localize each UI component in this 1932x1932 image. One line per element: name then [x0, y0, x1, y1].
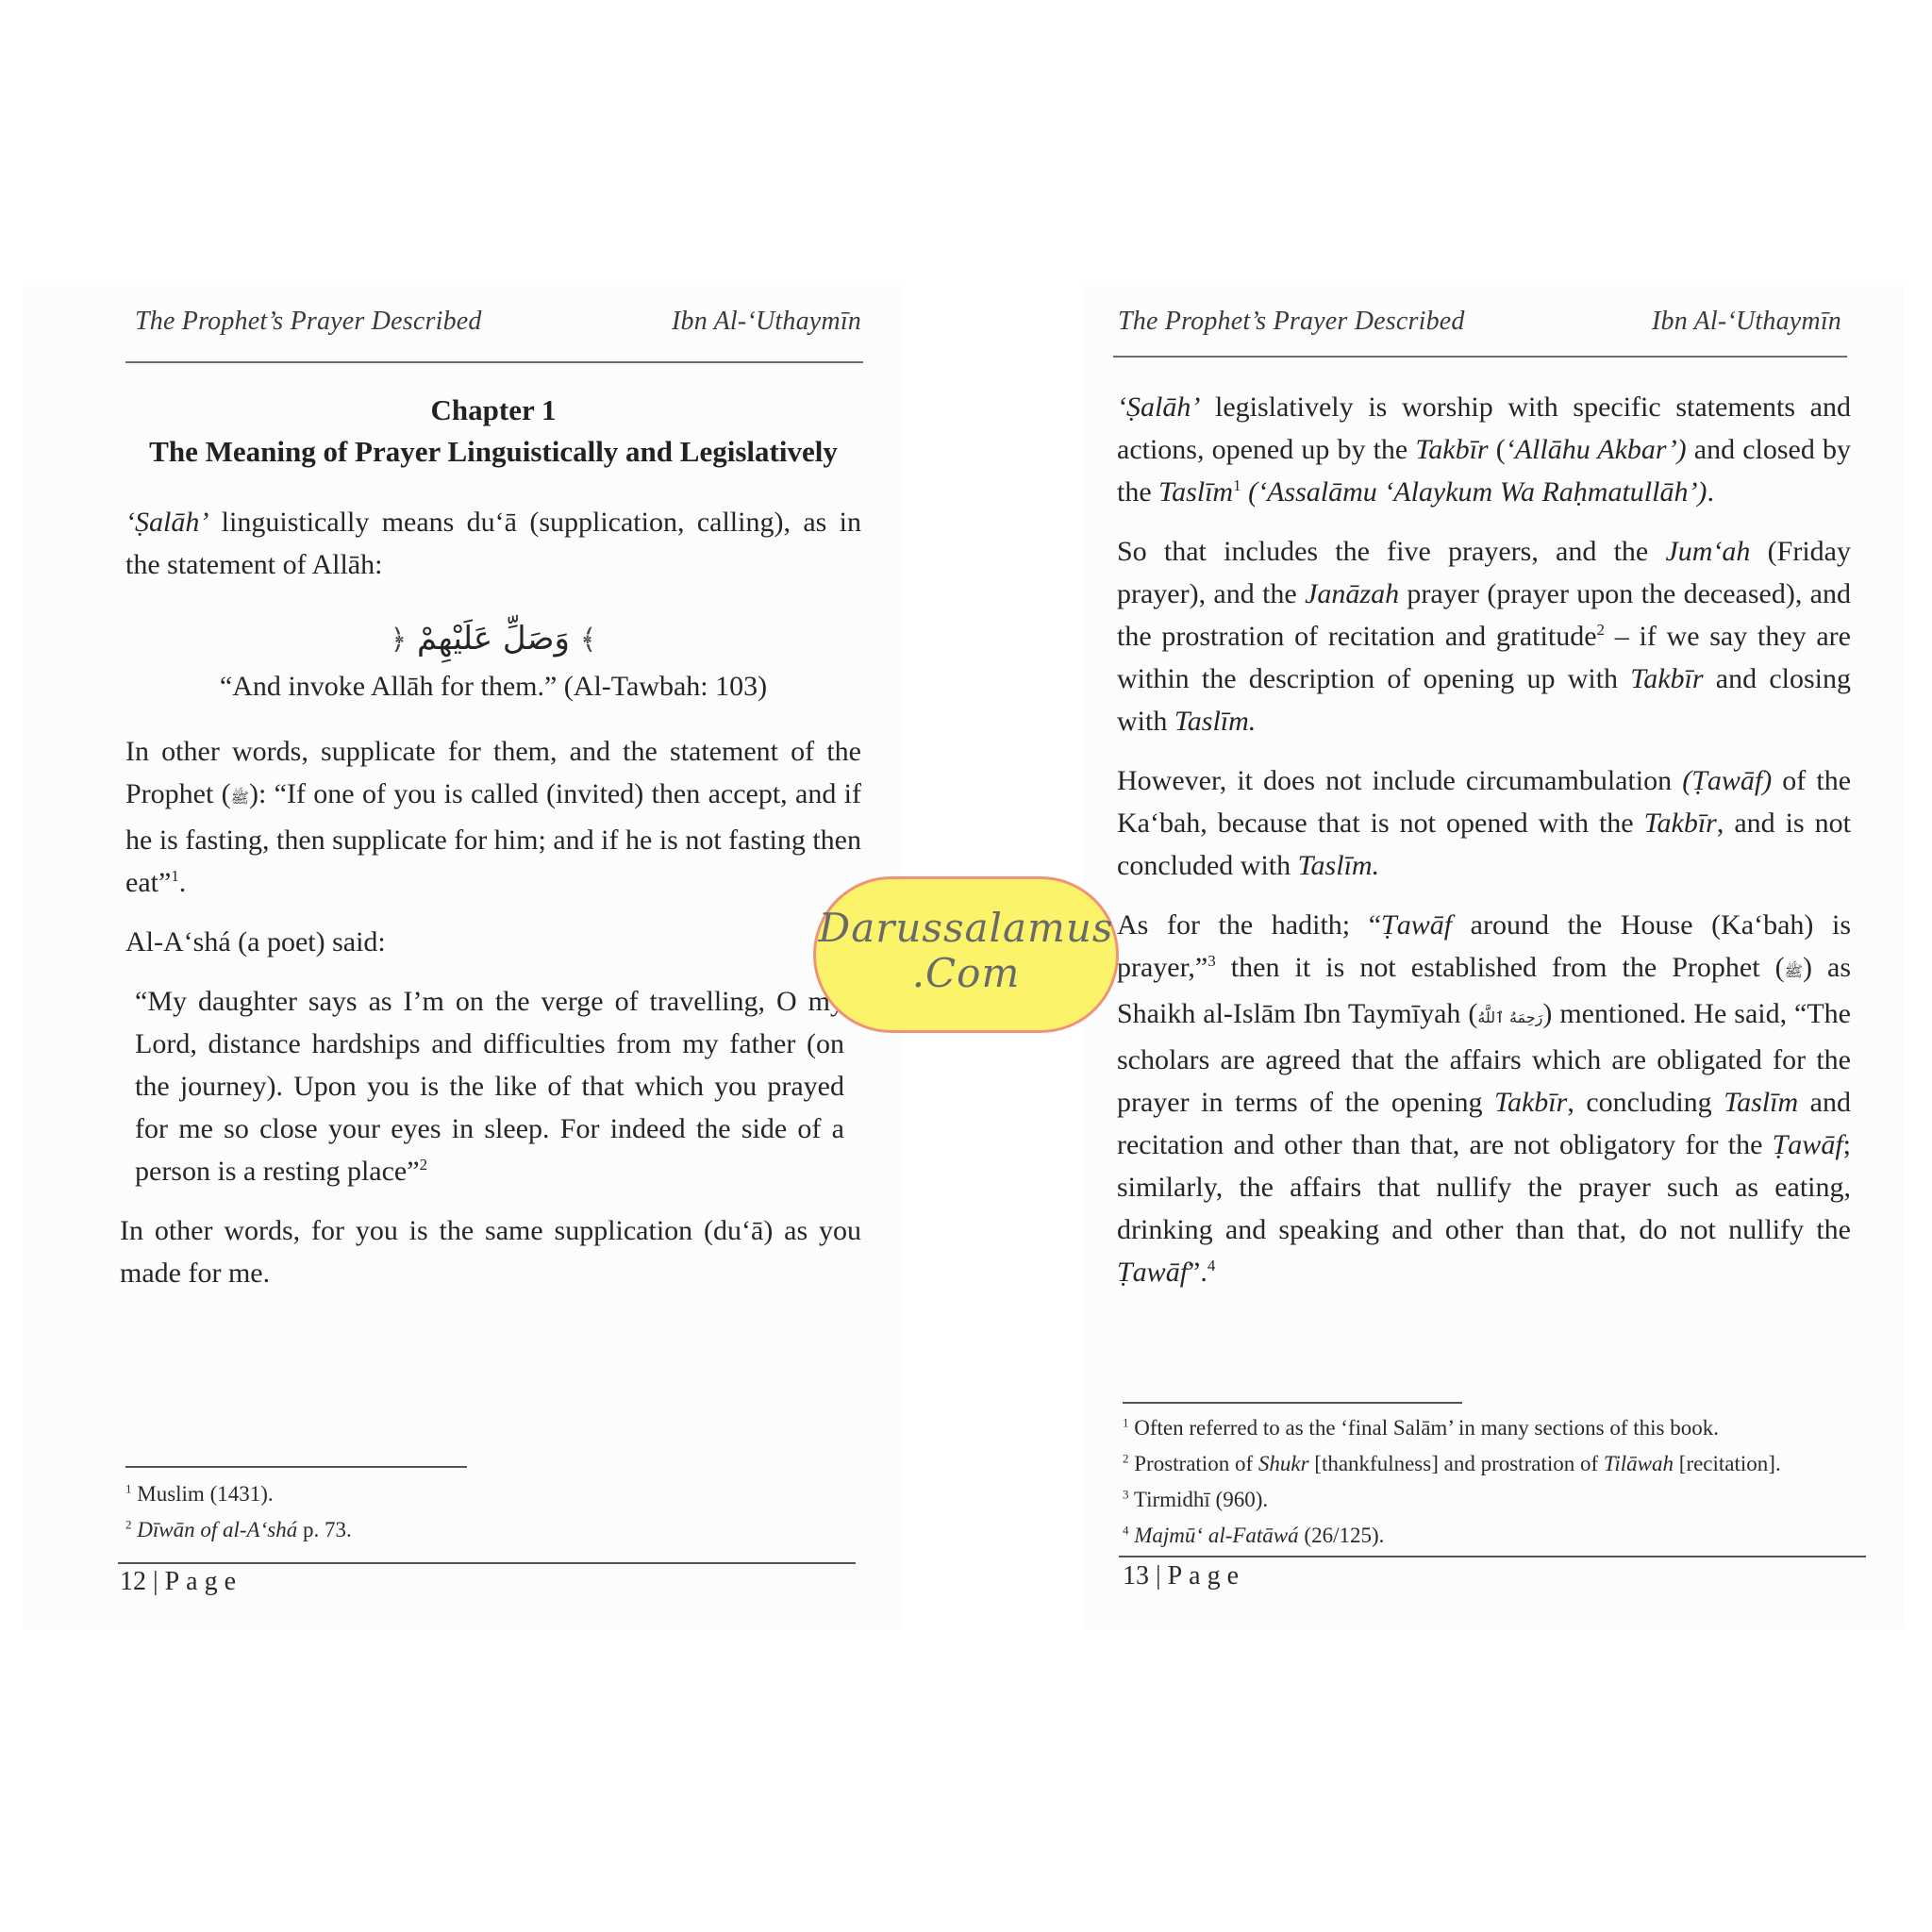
darussalamus-watermark-badge: Darussalamus .Com — [813, 876, 1119, 1033]
running-header-author: Ibn Al-‘Uthaymīn — [672, 307, 861, 337]
running-header-title: The Prophet’s Prayer Described — [1118, 307, 1465, 337]
page-number: 13 | Page — [1123, 1561, 1245, 1591]
footnote-ref: 1 — [171, 867, 179, 885]
footnote-ref: 2 — [420, 1156, 428, 1174]
header-rule — [125, 361, 863, 363]
chapter-number: Chapter 1 — [125, 390, 861, 431]
running-header-author: Ibn Al-‘Uthaymīn — [1652, 307, 1841, 337]
paragraph-poet-intro: Al-A‘shá (a poet) said: — [125, 921, 861, 963]
running-header-title: The Prophet’s Prayer Described — [135, 307, 482, 337]
term-salah: ‘Ṣalāh’ — [125, 507, 208, 538]
footnotes: 1 Muslim (1431). 2 Dīwān of al-A‘shá p. … — [125, 1476, 352, 1548]
chapter-title: The Meaning of Prayer Linguistically and… — [125, 431, 861, 473]
paragraph-salah-linguistic: ‘Ṣalāh’ linguistically means du‘ā (suppl… — [125, 501, 861, 586]
footnote-3: 3 Tirmidhī (960). — [1123, 1482, 1781, 1518]
honorific-saw: ﷺ — [1785, 962, 1803, 980]
footer-rule — [118, 1562, 856, 1564]
footnote-4: 4 Majmū‘ al-Fatāwá (26/125). — [1123, 1518, 1781, 1554]
ornament-bracket-icon: ﴿ — [391, 624, 408, 657]
paragraph-tawaf-exclusion: However, it does not include circumambul… — [1117, 759, 1851, 887]
header-rule — [1113, 356, 1847, 358]
paragraph-includes: So that includes the five prayers, and t… — [1117, 530, 1851, 742]
watermark-line-1: Darussalamus — [816, 906, 1116, 951]
footnote-ref: 2 — [1597, 621, 1606, 639]
honorific-saw: ﷺ — [231, 789, 249, 807]
footnote-rule — [125, 1466, 467, 1468]
verse-translation: “And invoke Allāh for them.” (Al-Tawbah:… — [125, 665, 861, 708]
footnote-ref: 3 — [1207, 952, 1216, 970]
quran-verse-arabic: ﴾ وَصَلِّ عَلَيْهِمْ ﴿ — [125, 618, 861, 661]
left-page: The Prophet’s Prayer Described Ibn Al-‘U… — [24, 286, 901, 1629]
footnote-ref: 4 — [1207, 1257, 1216, 1274]
paragraph-hadith: In other words, supplicate for them, and… — [125, 730, 861, 904]
footnote-1: 1 Muslim (1431). — [125, 1476, 352, 1512]
footnote-1: 1 Often referred to as the ‘final Salām’… — [1123, 1410, 1781, 1446]
footnote-rule — [1123, 1402, 1462, 1404]
watermark-line-2: .Com — [816, 951, 1116, 996]
paragraph-conclusion: In other words, for you is the same supp… — [120, 1209, 861, 1294]
paragraph-tawaf-hadith: As for the hadith; “Ṭawāf around the Hou… — [1117, 904, 1851, 1293]
right-page-body: ‘Ṣalāh’ legislatively is worship with sp… — [1117, 386, 1851, 1310]
ornament-bracket-icon: ﴾ — [580, 624, 597, 657]
footnotes: 1 Often referred to as the ‘final Salām’… — [1123, 1410, 1781, 1554]
footnote-2: 2 Dīwān of al-A‘shá p. 73. — [125, 1512, 352, 1548]
footer-rule — [1119, 1556, 1866, 1557]
paragraph-salah-legislative: ‘Ṣalāh’ legislatively is worship with sp… — [1117, 386, 1851, 513]
footnote-2: 2 Prostration of Shukr [thankfulness] an… — [1123, 1446, 1781, 1482]
footnote-ref: 1 — [1233, 476, 1241, 494]
right-page: The Prophet’s Prayer Described Ibn Al-‘U… — [1083, 286, 1904, 1629]
page-number: 12 | Page — [120, 1567, 242, 1597]
left-page-body: Chapter 1 The Meaning of Prayer Linguist… — [125, 390, 861, 1311]
poem-quote: “My daughter says as I’m on the verge of… — [125, 980, 861, 1192]
honorific-rahimahullah: رَحِمَهُ ٱللَّهُ — [1477, 1008, 1542, 1026]
